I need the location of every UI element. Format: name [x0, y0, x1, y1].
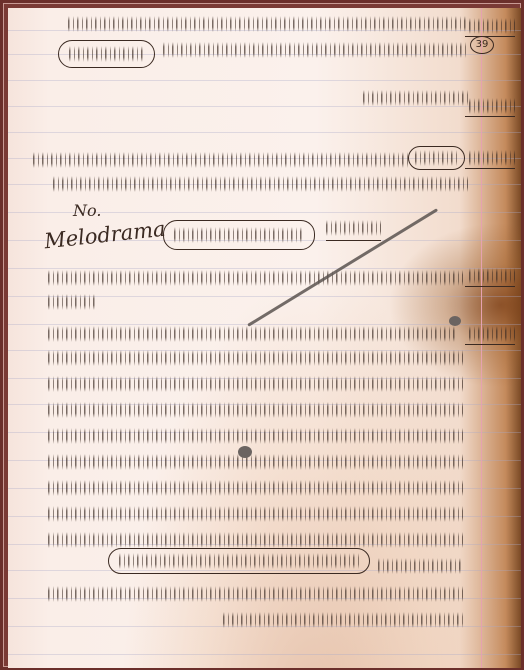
speaker-label: [speaker name, handwritten] [465, 98, 515, 117]
speaker-label: [speaker name, handwritten] [465, 18, 515, 37]
stage-direction-oval: [circled stage direction] [58, 40, 155, 68]
scan-frame: 39 [speaker name, handwritten] [speaker … [0, 0, 524, 670]
speaker-label: [speaker name, handwritten] [465, 268, 515, 287]
genre-label: Melodrama [43, 217, 167, 254]
pin-tail [238, 446, 252, 458]
pin-head [449, 316, 461, 326]
speaker-label: [speaker name, handwritten] [465, 326, 515, 345]
manuscript-page: 39 [speaker name, handwritten] [speaker … [8, 8, 521, 668]
stage-direction-oval: [circled stage direction] [108, 548, 370, 574]
number-mark: No. [73, 201, 101, 220]
speaker-label [326, 220, 381, 241]
stage-direction-oval: [circled stage direction] [408, 146, 465, 170]
speaker-label: [speaker name, handwritten] [465, 150, 515, 169]
stage-direction-oval: [circled stage direction] [163, 220, 315, 250]
